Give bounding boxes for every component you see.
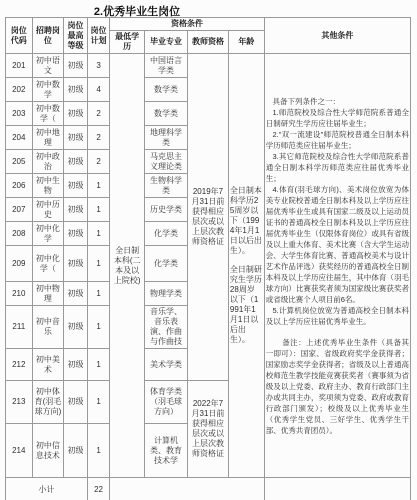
cell-position: 初中数学 xyxy=(32,78,64,102)
cell-level: 初级 xyxy=(64,246,88,282)
cell-level: 初级 xyxy=(64,198,88,222)
table-row: 201 初中语文 初级 3 全日制本科(二本及以上院校) 中国语言学类 2019… xyxy=(6,54,411,78)
cell-code: 209 xyxy=(6,246,33,282)
cell-position: 初中地理 xyxy=(32,126,64,150)
cell-code: 210 xyxy=(6,282,33,306)
cell-major: 生物科学类 xyxy=(145,174,188,198)
other-conditions-item: 1.师范院校及综合性大学师范院系普通全日制研究生学历应往届毕业生； xyxy=(266,107,409,129)
cell-level: 初级 xyxy=(64,78,88,102)
cell-level: 初级 xyxy=(64,54,88,78)
cell-code: 202 xyxy=(6,78,33,102)
cell-position: 初中体育(羽毛球方向) xyxy=(32,381,64,424)
cell-code: 212 xyxy=(6,349,33,381)
cell-level: 初级 xyxy=(64,349,88,381)
cell-plan: 1 xyxy=(87,381,110,424)
cell-plan: 3 xyxy=(87,54,110,78)
cell-position: 初中信息技术 xyxy=(32,424,64,478)
cell-major: 数学类 xyxy=(145,78,188,102)
other-conditions-item: 5.计算机岗位放宽为普通高校全日制本科及以上学历应往届优秀毕业生。 xyxy=(266,305,409,327)
cell-major: 数学类 xyxy=(145,102,188,126)
cell-code: 205 xyxy=(6,150,33,174)
subtotal-label: 小计 xyxy=(6,478,88,500)
cell-plan: 1 xyxy=(87,424,110,478)
cell-plan: 4 xyxy=(87,78,110,102)
cell-level: 初级 xyxy=(64,222,88,246)
cell-level: 初级 xyxy=(64,282,88,306)
cell-age: 全日制本科学历25周岁以下（1994年1月1日以后出生）。 全日制研究生学历28… xyxy=(228,54,264,478)
age-postgrad: 全日制研究生学历28周岁以下（1991年1月1日以后出生）。 xyxy=(230,265,263,345)
cell-position: 初中音乐 xyxy=(32,306,64,349)
positions-table: 岗位代码 招聘岗位 岗位最高等级 岗位计划 资格条件 其他条件 最低学历 毕业专… xyxy=(5,17,411,500)
cell-plan: 1 xyxy=(87,282,110,306)
cell-code: 201 xyxy=(6,54,33,78)
cell-plan: 1 xyxy=(87,174,110,198)
other-conditions-item: 4.体育(羽毛球方向)、美术岗位放宽为体美专业院校普通全日制本科及以上学历应往届… xyxy=(266,184,409,305)
cell-major: 物理学类 xyxy=(145,282,188,306)
subtotal-blank xyxy=(110,478,264,500)
cell-position: 初中历史 xyxy=(32,198,64,222)
cell-plan: 2 xyxy=(87,150,110,174)
header-row-main: 岗位代码 招聘岗位 岗位最高等级 岗位计划 资格条件 其他条件 xyxy=(6,18,411,31)
other-conditions-intro: 具备下列条件之一： xyxy=(266,96,409,107)
other-conditions-item: 2."双一流建设"师范院校普通全日制本科学历师范类应往届毕业生； xyxy=(266,129,409,151)
cell-plan: 1 xyxy=(87,349,110,381)
subtotal-total: 22 xyxy=(87,478,110,500)
cell-position: 初中政治 xyxy=(32,150,64,174)
cell-code: 203 xyxy=(6,102,33,126)
cell-major: 美术学类 xyxy=(145,349,188,381)
cell-level: 初级 xyxy=(64,424,88,478)
header-level: 岗位最高等级 xyxy=(64,18,88,54)
cell-code: 204 xyxy=(6,126,33,150)
cell-plan: 1 xyxy=(87,198,110,222)
cell-plan: 1 xyxy=(87,246,110,282)
cell-major: 历史学类 xyxy=(145,198,188,222)
cell-major: 体育学类（羽毛球方向） xyxy=(145,381,188,424)
cell-level: 初级 xyxy=(64,126,88,150)
cell-plan: 1 xyxy=(87,306,110,349)
cell-position: 初中语文 xyxy=(32,54,64,78)
age-bachelor: 全日制本科学历25周岁以下（1994年1月1日以后出生）。 xyxy=(230,186,263,256)
cell-plan: 2 xyxy=(87,102,110,126)
cell-code: 211 xyxy=(6,306,33,349)
other-conditions-item: 3.其它师范院校及综合性大学师范院系普通全日制本科学历师范类应往届优秀毕业生； xyxy=(266,151,409,184)
header-plan: 岗位计划 xyxy=(87,18,110,54)
cell-plan: 1 xyxy=(87,222,110,246)
cell-teacher-cert-2022: 2022年7月31日前获得相应层次或以上层次教师资格证 xyxy=(188,381,229,478)
cell-major: 音乐学、音乐表演、作曲与作曲技 xyxy=(145,306,188,349)
header-other: 其他条件 xyxy=(264,18,410,54)
cell-code: 214 xyxy=(6,424,33,478)
cell-level: 初级 xyxy=(64,150,88,174)
cell-major: 化学类 xyxy=(145,222,188,246)
cell-position: 初中美术 xyxy=(32,349,64,381)
page-title: 2.优秀毕业生岗位 xyxy=(2,0,272,17)
header-min-edu: 最低学历 xyxy=(110,31,145,54)
cell-code: 207 xyxy=(6,198,33,222)
subtotal-row: 小计 22 xyxy=(6,478,411,500)
header-qualification: 资格条件 xyxy=(110,18,264,31)
cell-level: 初级 xyxy=(64,381,88,424)
cell-major: 中国语言学类 xyxy=(145,54,188,78)
cell-position: 初中化学（ xyxy=(32,246,64,282)
cell-level: 初级 xyxy=(64,174,88,198)
header-teacher-cert: 教师资格 xyxy=(188,31,229,54)
cell-min-edu: 全日制本科(二本及以上院校) xyxy=(110,54,145,478)
cell-code: 208 xyxy=(6,222,33,246)
cell-position: 初中物理 xyxy=(32,282,64,306)
header-code: 岗位代码 xyxy=(6,18,33,54)
cell-position: 初中生物 xyxy=(32,174,64,198)
header-age: 年龄 xyxy=(228,31,264,54)
cell-level: 初级 xyxy=(64,102,88,126)
cell-major: 计算机类、教育技术学 xyxy=(145,424,188,478)
cell-plan: 2 xyxy=(87,126,110,150)
cell-code: 206 xyxy=(6,174,33,198)
cell-major: 化学类 xyxy=(145,246,188,282)
cell-level: 初级 xyxy=(64,306,88,349)
cell-teacher-cert-2019: 2019年7月31日前获得相应层次或以上层次教师资格证 xyxy=(188,54,229,381)
cell-major: 地理科学类 xyxy=(145,126,188,150)
cell-position: 初中数学（ xyxy=(32,102,64,126)
subtotal-other-blank xyxy=(264,478,410,500)
cell-other-conditions: 具备下列条件之一： 1.师范院校及综合性大学师范院系普通全日制研究生学历应往届毕… xyxy=(264,54,410,478)
header-major: 毕业专业 xyxy=(145,31,188,54)
cell-position: 初中化学 xyxy=(32,222,64,246)
cell-code: 213 xyxy=(6,381,33,424)
header-position: 招聘岗位 xyxy=(32,18,64,54)
cell-major: 马克思主义理论类 xyxy=(145,150,188,174)
other-conditions-note: 备注：上述优秀毕业生条件（具备其一即可）：国家、省级政府奖学金获得者；国家励志奖… xyxy=(266,337,409,436)
